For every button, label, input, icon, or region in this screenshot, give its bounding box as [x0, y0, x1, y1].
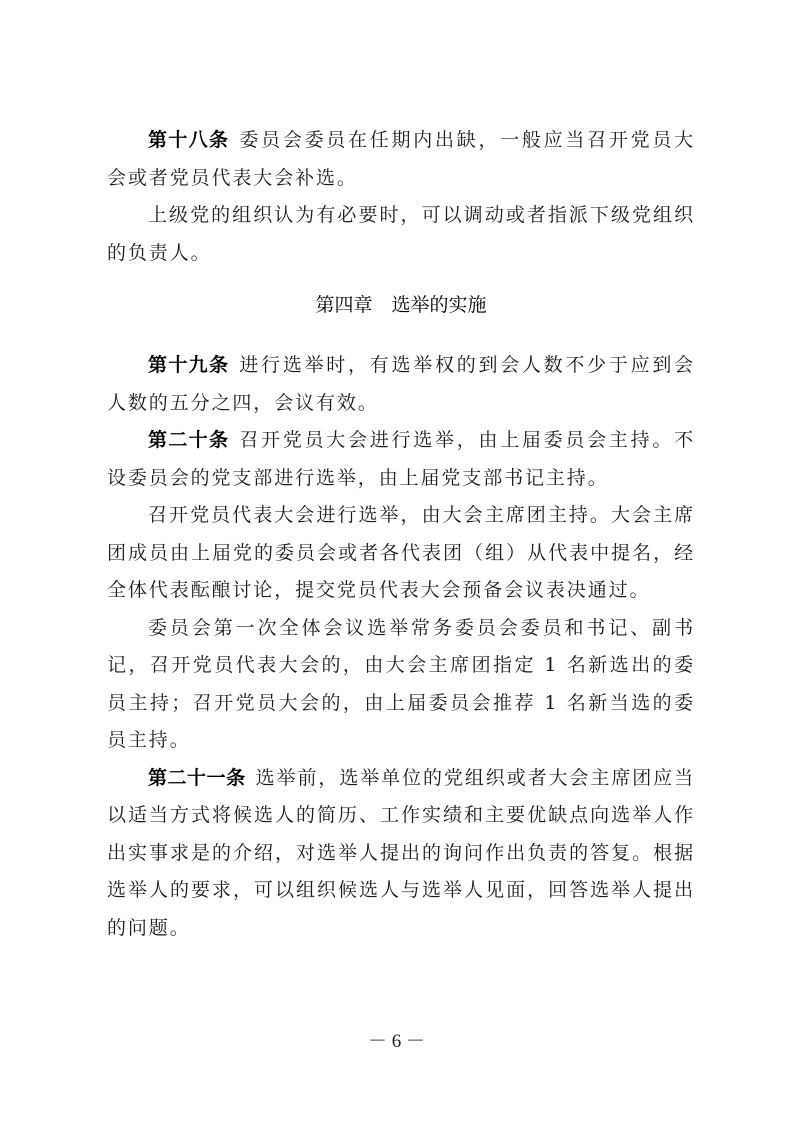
paragraph: 召开党员代表大会进行选举，由大会主席团主持。大会主席团成员由上届党的委员会或者各… — [107, 497, 695, 610]
article-number: 第十九条 — [148, 354, 229, 376]
chapter-heading: 第四章 选举的实施 — [107, 285, 695, 325]
article-21: 第二十一条选举前，选举单位的党组织或者大会主席团应当以适当方式将候选人的简历、工… — [107, 760, 695, 948]
paragraph: 上级党的组织认为有必要时，可以调动或者指派下级党组织的负责人。 — [107, 197, 695, 272]
article-18: 第十八条委员会委员在任期内出缺，一般应当召开党员大会或者党员代表大会补选。 — [107, 122, 695, 197]
paragraph: 委员会第一次全体会议选举常务委员会委员和书记、副书记，召开党员代表大会的，由大会… — [107, 610, 695, 760]
article-text: 选举前，选举单位的党组织或者大会主席团应当以适当方式将候选人的简历、工作实绩和主… — [107, 767, 695, 939]
document-page: 第十八条委员会委员在任期内出缺，一般应当召开党员大会或者党员代表大会补选。 上级… — [107, 122, 695, 947]
article-number: 第二十一条 — [148, 767, 246, 789]
page-number: － 6 － — [0, 1026, 793, 1053]
paragraph-text: 召开党员代表大会进行选举，由大会主席团主持。大会主席团成员由上届党的委员会或者各… — [107, 504, 695, 601]
article-20: 第二十条召开党员大会进行选举，由上届委员会主持。不设委员会的党支部进行选举，由上… — [107, 422, 695, 497]
article-number: 第十八条 — [148, 129, 229, 151]
article-19: 第十九条进行选举时，有选举权的到会人数不少于应到会人数的五分之四，会议有效。 — [107, 347, 695, 422]
paragraph-text: 上级党的组织认为有必要时，可以调动或者指派下级党组织的负责人。 — [107, 204, 695, 264]
article-number: 第二十条 — [148, 429, 229, 451]
paragraph-text: 委员会第一次全体会议选举常务委员会委员和书记、副书记，召开党员代表大会的，由大会… — [107, 617, 695, 752]
